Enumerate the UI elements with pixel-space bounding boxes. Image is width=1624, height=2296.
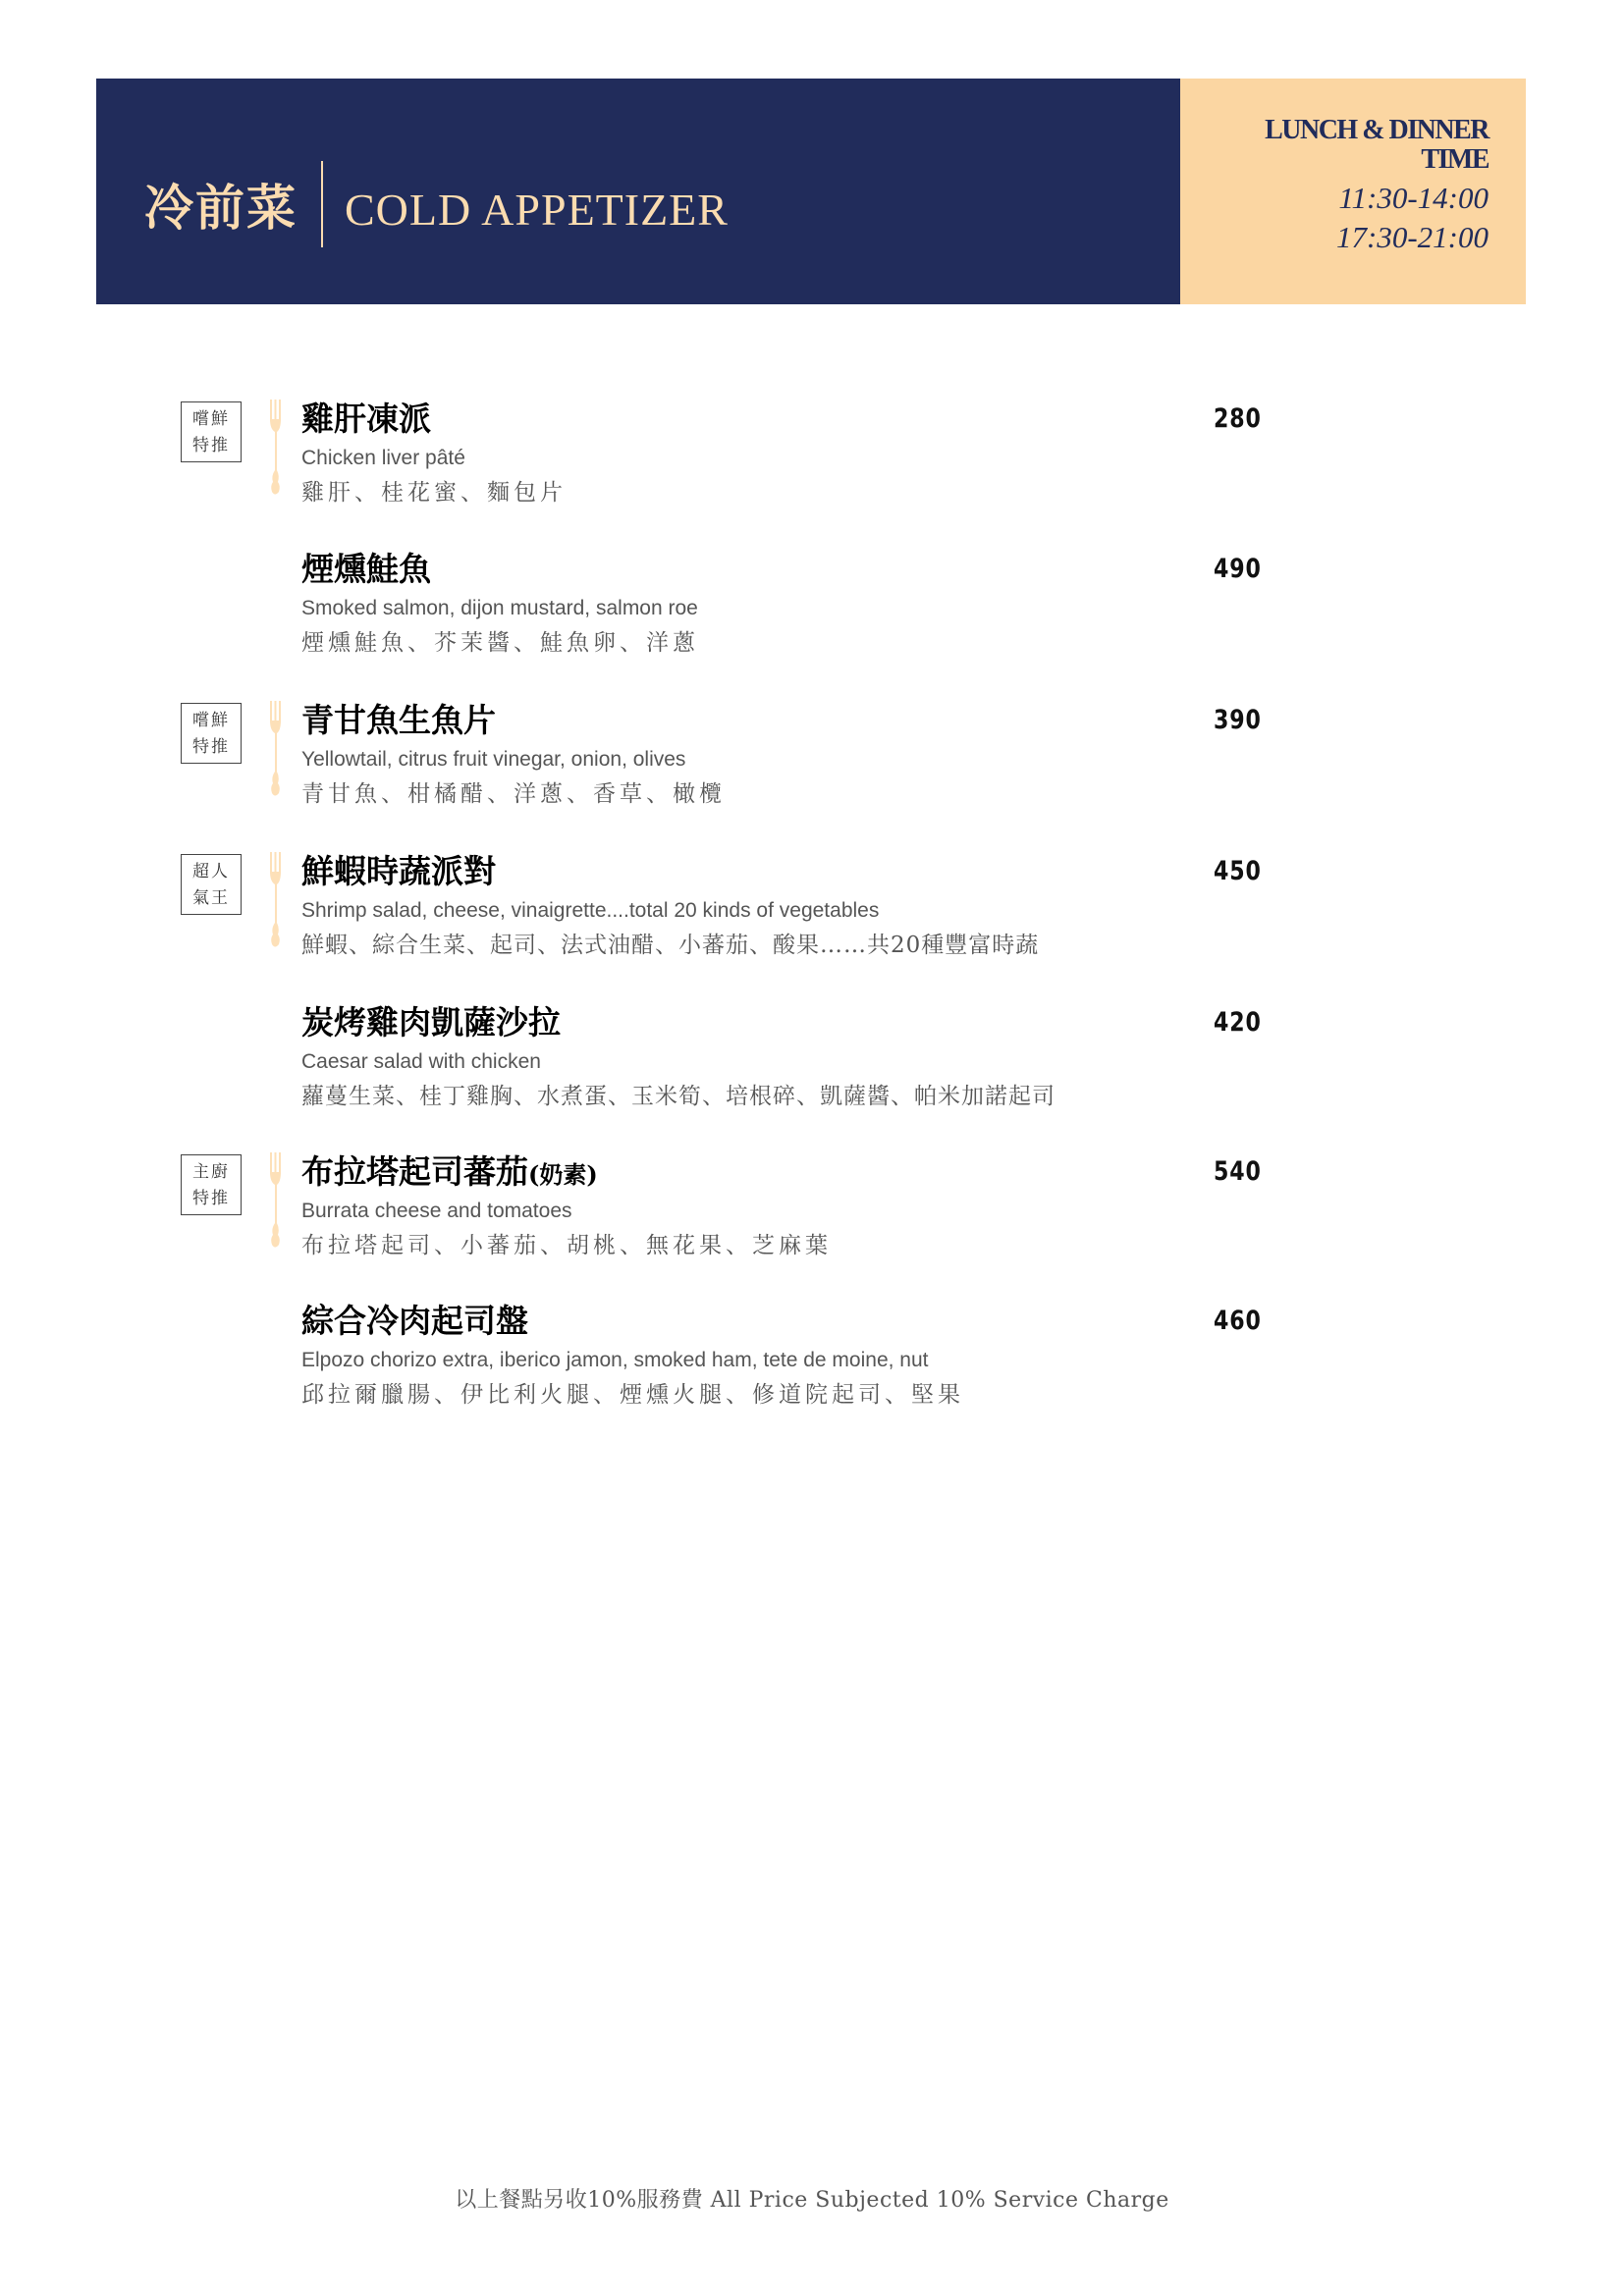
recommend-badge: 嚐鮮 特推 — [181, 703, 242, 764]
item-price: 450 — [1214, 854, 1262, 889]
item-name: 煙燻鮭魚 — [301, 548, 431, 591]
menu-item: 超人 氣王 鮮蝦時蔬派對 Shrimp salad, cheese, vinai… — [0, 850, 1624, 997]
item-name-text: 布拉塔起司蕃茄 — [301, 1152, 528, 1191]
item-name: 綜合冷肉起司盤 — [301, 1300, 528, 1343]
item-name: 炭烤雞肉凱薩沙拉 — [301, 1001, 561, 1044]
item-price: 390 — [1214, 703, 1262, 738]
badge-line: 超人 — [182, 859, 241, 885]
item-chinese-desc: 青甘魚、柑橘醋、洋蔥、香草、橄欖 — [301, 777, 726, 811]
item-chinese-desc: 雞肝、桂花蜜、麵包片 — [301, 476, 567, 509]
item-name: 青甘魚生魚片 — [301, 699, 496, 742]
item-name-text: 綜合冷肉起司盤 — [301, 1302, 528, 1340]
badge-line: 特推 — [182, 734, 241, 761]
item-name-text: 炭烤雞肉凱薩沙拉 — [301, 1003, 561, 1041]
hours-box: LUNCH & DINNER TIME 11:30-14:00 17:30-21… — [1180, 79, 1526, 304]
item-english-desc: Chicken liver pâté — [301, 445, 465, 472]
item-chinese-desc: 鮮蝦、綜合生菜、起司、法式油醋、小蕃茄、酸果……共20種豐富時蔬 — [301, 929, 1039, 962]
item-name: 布拉塔起司蕃茄(奶素) — [301, 1150, 598, 1197]
item-chinese-desc: 蘿蔓生菜、桂丁雞胸、水煮蛋、玉米筍、培根碎、凱薩醬、帕米加諾起司 — [301, 1080, 1056, 1113]
item-price: 460 — [1214, 1304, 1262, 1339]
item-name-suffix: (奶素) — [528, 1160, 598, 1189]
item-english-desc: Smoked salmon, dijon mustard, salmon roe — [301, 595, 698, 622]
item-price: 280 — [1214, 401, 1262, 437]
dinner-hours: 17:30-21:00 — [1265, 218, 1489, 257]
chef-recommend-badge: 主廚 特推 — [181, 1154, 242, 1215]
fork-icon — [267, 400, 287, 498]
item-english-desc: Shrimp salad, cheese, vinaigrette....tot… — [301, 897, 879, 925]
item-price: 540 — [1214, 1154, 1262, 1190]
title-divider — [321, 161, 323, 247]
section-header: 冷前菜 COLD APPETIZER — [96, 79, 1180, 304]
hours-label-line1: LUNCH & DINNER — [1265, 116, 1489, 145]
item-name-text: 青甘魚生魚片 — [301, 701, 496, 739]
item-english-desc: Elpozo chorizo extra, iberico jamon, smo… — [301, 1347, 929, 1374]
badge-line: 氣王 — [182, 885, 241, 912]
service-charge-note: 以上餐點另收10%服務費 All Price Subjected 10% Ser… — [0, 2183, 1624, 2214]
item-chinese-desc: 布拉塔起司、小蕃茄、胡桃、無花果、芝麻葉 — [301, 1229, 832, 1262]
title-english: COLD APPETIZER — [345, 184, 729, 236]
menu-item: 炭烤雞肉凱薩沙拉 Caesar salad with chicken 蘿蔓生菜、… — [0, 1001, 1624, 1148]
item-chinese-desc: 邱拉爾臘腸、伊比利火腿、煙燻火腿、修道院起司、堅果 — [301, 1378, 964, 1412]
hours-label-line2: TIME — [1265, 145, 1489, 175]
item-name-text: 鮮蝦時蔬派對 — [301, 852, 496, 890]
item-chinese-desc: 煙燻鮭魚、芥茉醬、鮭魚卵、洋蔥 — [301, 626, 699, 660]
item-name-text: 雞肝凍派 — [301, 400, 431, 438]
item-name: 鮮蝦時蔬派對 — [301, 850, 496, 893]
popular-badge: 超人 氣王 — [181, 854, 242, 915]
menu-item: 嚐鮮 特推 青甘魚生魚片 Yellowtail, citrus fruit vi… — [0, 699, 1624, 846]
section-title: 冷前菜 COLD APPETIZER — [144, 160, 729, 248]
badge-line: 嚐鮮 — [182, 708, 241, 734]
badge-line: 主廚 — [182, 1159, 241, 1186]
fork-icon — [267, 701, 287, 799]
menu-item: 綜合冷肉起司盤 Elpozo chorizo extra, iberico ja… — [0, 1300, 1624, 1447]
fork-icon — [267, 1152, 287, 1251]
menu-item: 煙燻鮭魚 Smoked salmon, dijon mustard, salmo… — [0, 548, 1624, 695]
menu-item: 主廚 特推 布拉塔起司蕃茄(奶素) Burrata cheese and tom… — [0, 1150, 1624, 1298]
recommend-badge: 嚐鮮 特推 — [181, 401, 242, 462]
item-name-text: 煙燻鮭魚 — [301, 550, 431, 588]
badge-line: 特推 — [182, 433, 241, 459]
item-name: 雞肝凍派 — [301, 398, 431, 444]
item-english-desc: Burrata cheese and tomatoes — [301, 1198, 572, 1225]
item-english-desc: Caesar salad with chicken — [301, 1048, 541, 1076]
item-price: 420 — [1214, 1005, 1262, 1041]
lunch-hours: 11:30-14:00 — [1265, 179, 1489, 218]
item-price: 490 — [1214, 552, 1262, 587]
badge-line: 嚐鮮 — [182, 406, 241, 433]
menu-item: 嚐鮮 特推 雞肝凍派 Chicken liver pâté 雞肝、桂花蜜、麵包片… — [0, 398, 1624, 545]
badge-line: 特推 — [182, 1186, 241, 1212]
fork-icon — [267, 852, 287, 950]
item-english-desc: Yellowtail, citrus fruit vinegar, onion,… — [301, 746, 685, 774]
title-chinese: 冷前菜 — [144, 169, 298, 240]
